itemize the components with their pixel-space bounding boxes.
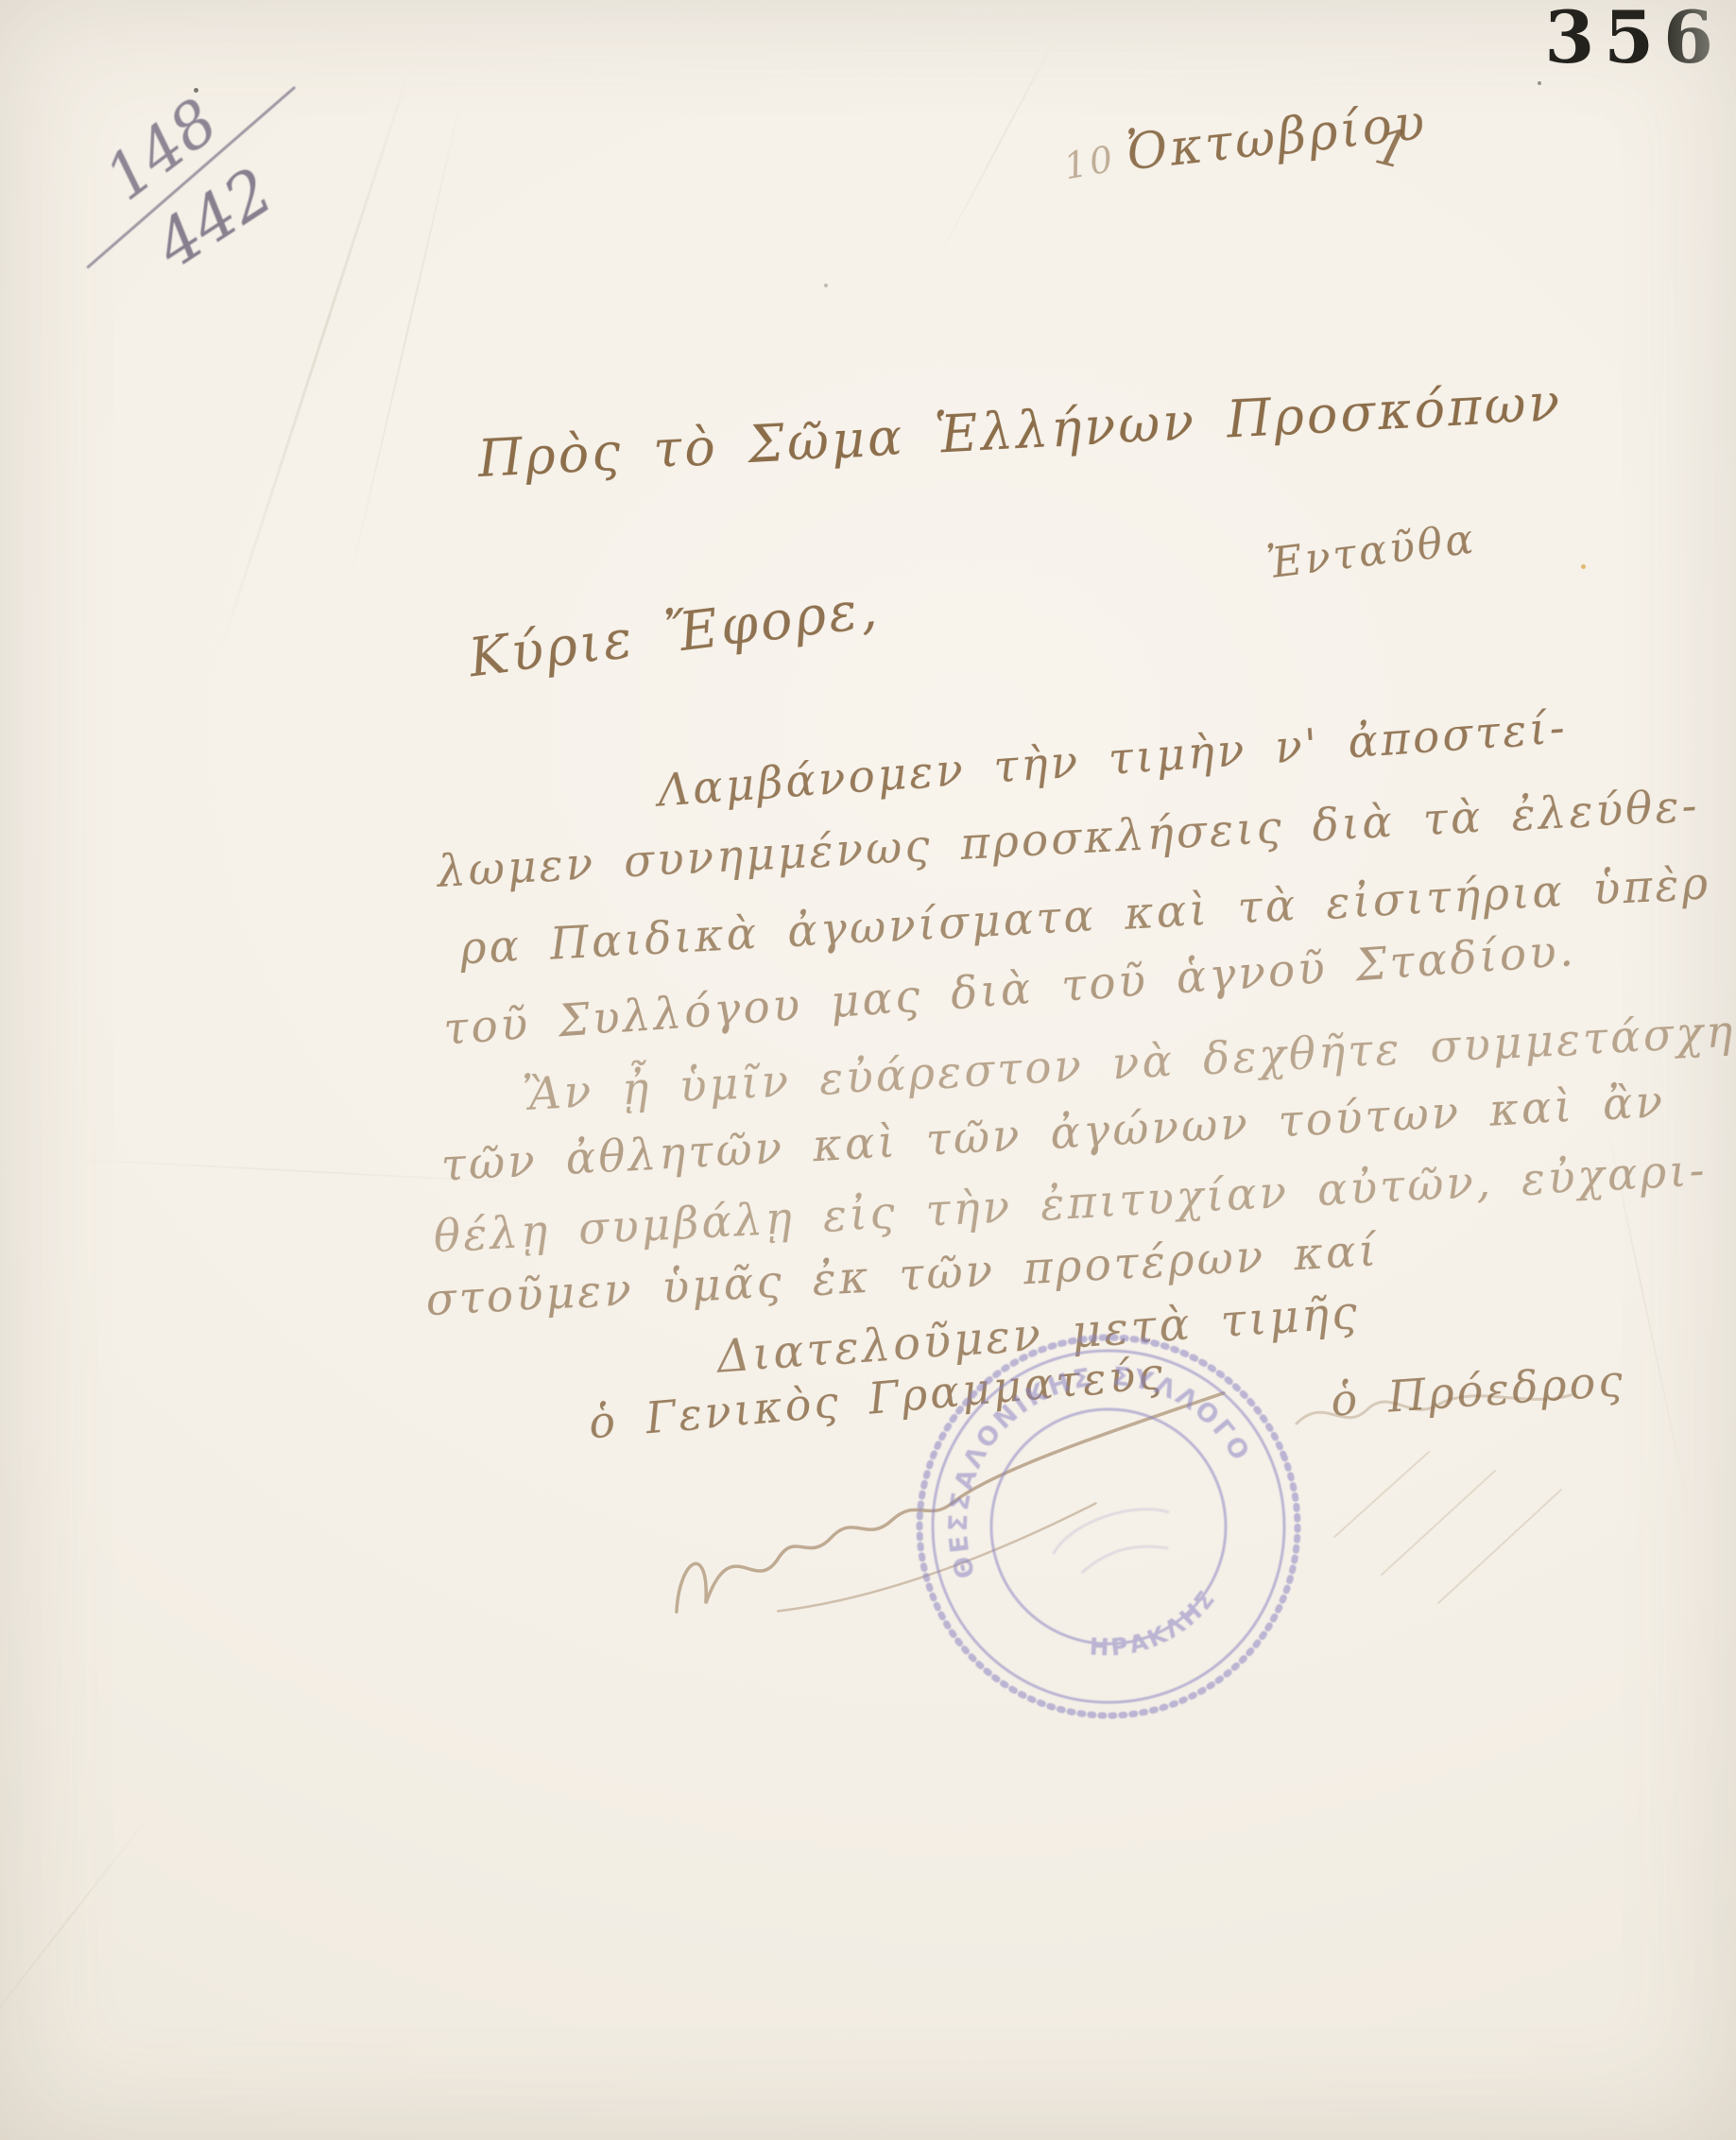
president-signature-stroke [1334,1452,1561,1603]
page-number-stamp: 356 [1544,2,1723,74]
paper-speck [824,284,828,287]
stamp-text-iraklis: ΗΡΑΚΛΗΣ [1077,1579,1230,1677]
paper-speck [194,88,198,93]
svg-text:ΘΕΣΣΑΛΟΝΙΚΗΣ: ΘΕΣΣΑΛΟΝΙΚΗΣ [894,1356,1149,1584]
svg-text:ΗΡΑΚΛΗΣ: ΗΡΑΚΛΗΣ [1077,1579,1230,1677]
paper-speck [1538,81,1541,85]
scanned-letter-page: 356 148 442 10 Ὀκτωβρίου 1 Πρὸς τὸ Σῶμα … [0,0,1736,2140]
paper-speck [1581,564,1586,569]
president-signature-stroke [1297,1395,1571,1424]
date-day: 10 [1061,138,1119,188]
stamp-emblem-mark [1047,1493,1181,1589]
stamp-text-thessalonikis: ΘΕΣΣΑΛΟΝΙΚΗΣ [894,1356,1149,1584]
